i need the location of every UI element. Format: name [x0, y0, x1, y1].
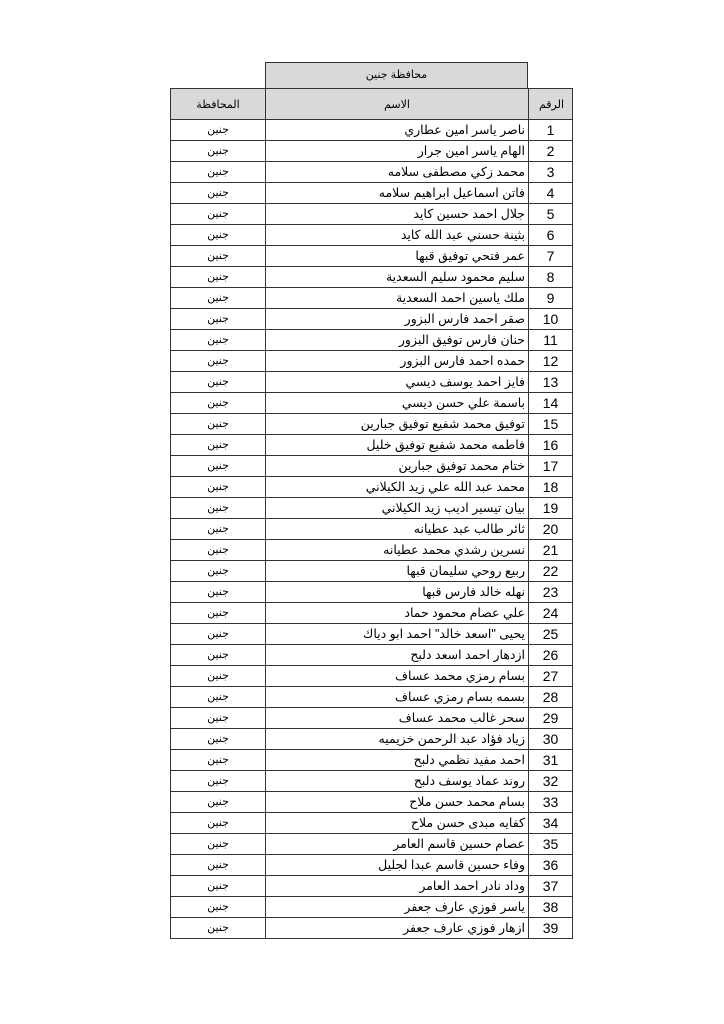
- name-cell: فايز احمد يوسف ديسي: [266, 372, 529, 393]
- table-row: جنينفايز احمد يوسف ديسي13: [171, 372, 573, 393]
- governorate-cell: جنين: [171, 792, 266, 813]
- table-row: جنينبسمه بسام رمزي عساف28: [171, 687, 573, 708]
- table-row: جنينثائر طالب عبد عطيانه20: [171, 519, 573, 540]
- name-cell: بثينة حسني عبد الله كايد: [266, 225, 529, 246]
- name-cell: بسام رمزي محمد عساف: [266, 666, 529, 687]
- governorate-cell: جنين: [171, 561, 266, 582]
- governorate-cell: جنين: [171, 288, 266, 309]
- name-cell: محمد زكي مصطفى سلامه: [266, 162, 529, 183]
- governorate-cell: جنين: [171, 183, 266, 204]
- number-cell: 4: [529, 183, 573, 204]
- governorate-cell: جنين: [171, 582, 266, 603]
- table-row: جنينبثينة حسني عبد الله كايد6: [171, 225, 573, 246]
- number-cell: 7: [529, 246, 573, 267]
- table-body: جنينناصر ياسر امين عطاري1جنينالهام ياسر …: [171, 120, 573, 939]
- name-cell: بيان تيسير اديب زيد الكيلاني: [266, 498, 529, 519]
- number-cell: 10: [529, 309, 573, 330]
- governorate-cell: جنين: [171, 477, 266, 498]
- number-cell: 28: [529, 687, 573, 708]
- number-cell: 26: [529, 645, 573, 666]
- table-row: جنينصقر احمد فارس البزور10: [171, 309, 573, 330]
- table-row: جنينياسر فوزي عارف جعفر38: [171, 897, 573, 918]
- roster-table: المحافظة الاسم الرقم جنينناصر ياسر امين …: [170, 88, 573, 939]
- governorate-cell: جنين: [171, 309, 266, 330]
- table-row: جنينبسام محمد حسن ملاح33: [171, 792, 573, 813]
- name-cell: ربيع روحي سليمان قبها: [266, 561, 529, 582]
- governorate-cell: جنين: [171, 540, 266, 561]
- governorate-cell: جنين: [171, 834, 266, 855]
- table-row: جنيننهله خالد فارس قبها23: [171, 582, 573, 603]
- name-cell: بسام محمد حسن ملاح: [266, 792, 529, 813]
- number-cell: 31: [529, 750, 573, 771]
- table-row: جنينعمر فتحي توفيق قبها7: [171, 246, 573, 267]
- number-cell: 12: [529, 351, 573, 372]
- governorate-cell: جنين: [171, 876, 266, 897]
- governorate-cell: جنين: [171, 225, 266, 246]
- governorate-cell: جنين: [171, 456, 266, 477]
- governorate-cell: جنين: [171, 246, 266, 267]
- name-cell: نسرين رشدي محمد عطيانه: [266, 540, 529, 561]
- number-cell: 17: [529, 456, 573, 477]
- column-header-number: الرقم: [529, 89, 573, 120]
- governorate-cell: جنين: [171, 120, 266, 141]
- governorate-cell: جنين: [171, 519, 266, 540]
- governorate-cell: جنين: [171, 624, 266, 645]
- name-cell: وداد نادر احمد العامر: [266, 876, 529, 897]
- number-cell: 36: [529, 855, 573, 876]
- governorate-cell: جنين: [171, 708, 266, 729]
- table-row: جنينبيان تيسير اديب زيد الكيلاني19: [171, 498, 573, 519]
- table-row: جنينازدهار احمد اسعد دلبح26: [171, 645, 573, 666]
- number-cell: 5: [529, 204, 573, 225]
- table-row: جنينوداد نادر احمد العامر37: [171, 876, 573, 897]
- governorate-cell: جنين: [171, 729, 266, 750]
- number-cell: 8: [529, 267, 573, 288]
- governorate-cell: جنين: [171, 162, 266, 183]
- table-row: جنينعلي عصام محمود حماد24: [171, 603, 573, 624]
- name-cell: ثائر طالب عبد عطيانه: [266, 519, 529, 540]
- number-cell: 30: [529, 729, 573, 750]
- name-cell: نهله خالد فارس قبها: [266, 582, 529, 603]
- number-cell: 6: [529, 225, 573, 246]
- governorate-cell: جنين: [171, 918, 266, 939]
- table-row: جنينربيع روحي سليمان قبها22: [171, 561, 573, 582]
- table-row: جنينفاتن اسماعيل ابراهيم سلامه4: [171, 183, 573, 204]
- number-cell: 2: [529, 141, 573, 162]
- table-row: جنيننسرين رشدي محمد عطيانه21: [171, 540, 573, 561]
- name-cell: ناصر ياسر امين عطاري: [266, 120, 529, 141]
- table-row: جنينملك ياسين احمد السعدية9: [171, 288, 573, 309]
- governorate-cell: جنين: [171, 414, 266, 435]
- number-cell: 1: [529, 120, 573, 141]
- number-cell: 25: [529, 624, 573, 645]
- number-cell: 35: [529, 834, 573, 855]
- number-cell: 33: [529, 792, 573, 813]
- name-cell: فاتن اسماعيل ابراهيم سلامه: [266, 183, 529, 204]
- governorate-cell: جنين: [171, 603, 266, 624]
- number-cell: 32: [529, 771, 573, 792]
- name-cell: احمد مفيد نظمي دلبح: [266, 750, 529, 771]
- name-cell: ختام محمد توفيق جبارين: [266, 456, 529, 477]
- name-cell: ياسر فوزي عارف جعفر: [266, 897, 529, 918]
- number-cell: 16: [529, 435, 573, 456]
- table-row: جنينناصر ياسر امين عطاري1: [171, 120, 573, 141]
- governorate-cell: جنين: [171, 435, 266, 456]
- number-cell: 13: [529, 372, 573, 393]
- name-cell: بسمه بسام رمزي عساف: [266, 687, 529, 708]
- table-row: جنينفاطمه محمد شفيع توفيق خليل16: [171, 435, 573, 456]
- governorate-cell: جنين: [171, 771, 266, 792]
- name-cell: حمده احمد فارس البزور: [266, 351, 529, 372]
- number-cell: 23: [529, 582, 573, 603]
- name-cell: حنان فارس توفيق البزور: [266, 330, 529, 351]
- name-cell: ازدهار احمد اسعد دلبح: [266, 645, 529, 666]
- name-cell: عصام حسين قاسم العامر: [266, 834, 529, 855]
- name-cell: روند عماد يوسف دلبح: [266, 771, 529, 792]
- table-row: جنينحنان فارس توفيق البزور11: [171, 330, 573, 351]
- table-row: جنينيحيى "اسعد خالد" احمد ابو دياك25: [171, 624, 573, 645]
- name-cell: سحر غالب محمد عساف: [266, 708, 529, 729]
- table-row: جنينعصام حسين قاسم العامر35: [171, 834, 573, 855]
- number-cell: 21: [529, 540, 573, 561]
- governorate-cell: جنين: [171, 267, 266, 288]
- number-cell: 27: [529, 666, 573, 687]
- governorate-cell: جنين: [171, 351, 266, 372]
- governorate-cell: جنين: [171, 141, 266, 162]
- governorate-cell: جنين: [171, 330, 266, 351]
- table-row: جنينسليم محمود سليم السعدية8: [171, 267, 573, 288]
- name-cell: وفاء حسين قاسم عبدا لجليل: [266, 855, 529, 876]
- number-cell: 38: [529, 897, 573, 918]
- governorate-cell: جنين: [171, 666, 266, 687]
- title-row: محافظة جنين: [170, 62, 572, 88]
- governorate-cell: جنين: [171, 897, 266, 918]
- number-cell: 39: [529, 918, 573, 939]
- table-row: جنينالهام ياسر امين جرار2: [171, 141, 573, 162]
- name-cell: زياد فؤاد عبد الرحمن خزيميه: [266, 729, 529, 750]
- number-cell: 3: [529, 162, 573, 183]
- column-header-name: الاسم: [266, 89, 529, 120]
- number-cell: 14: [529, 393, 573, 414]
- governorate-cell: جنين: [171, 204, 266, 225]
- name-cell: الهام ياسر امين جرار: [266, 141, 529, 162]
- header-row: المحافظة الاسم الرقم: [171, 89, 573, 120]
- name-cell: ملك ياسين احمد السعدية: [266, 288, 529, 309]
- governorate-cell: جنين: [171, 372, 266, 393]
- governorate-cell: جنين: [171, 645, 266, 666]
- name-cell: كفايه مبدى حسن ملاح: [266, 813, 529, 834]
- document-title: محافظة جنين: [265, 62, 528, 88]
- governorate-cell: جنين: [171, 687, 266, 708]
- table-row: جنينمحمد زكي مصطفى سلامه3: [171, 162, 573, 183]
- number-cell: 22: [529, 561, 573, 582]
- governorate-cell: جنين: [171, 750, 266, 771]
- table-row: جنينمحمد عبد الله علي زيد الكيلاني18: [171, 477, 573, 498]
- table-row: جنينختام محمد توفيق جبارين17: [171, 456, 573, 477]
- name-cell: سليم محمود سليم السعدية: [266, 267, 529, 288]
- table-row: جنينباسمة علي حسن ديسي14: [171, 393, 573, 414]
- number-cell: 9: [529, 288, 573, 309]
- number-cell: 37: [529, 876, 573, 897]
- table-row: جنينكفايه مبدى حسن ملاح34: [171, 813, 573, 834]
- number-cell: 11: [529, 330, 573, 351]
- table-row: جنينازهار فوزي عارف جعفر39: [171, 918, 573, 939]
- governorate-cell: جنين: [171, 393, 266, 414]
- name-cell: باسمة علي حسن ديسي: [266, 393, 529, 414]
- name-cell: توفيق محمد شفيع توفيق جبارين: [266, 414, 529, 435]
- table-row: جنينسحر غالب محمد عساف29: [171, 708, 573, 729]
- name-cell: يحيى "اسعد خالد" احمد ابو دياك: [266, 624, 529, 645]
- name-cell: محمد عبد الله علي زيد الكيلاني: [266, 477, 529, 498]
- name-cell: عمر فتحي توفيق قبها: [266, 246, 529, 267]
- table-row: جنينحمده احمد فارس البزور12: [171, 351, 573, 372]
- number-cell: 20: [529, 519, 573, 540]
- name-cell: فاطمه محمد شفيع توفيق خليل: [266, 435, 529, 456]
- name-cell: علي عصام محمود حماد: [266, 603, 529, 624]
- table-row: جنيناحمد مفيد نظمي دلبح31: [171, 750, 573, 771]
- governorate-cell: جنين: [171, 813, 266, 834]
- table-row: جنينروند عماد يوسف دلبح32: [171, 771, 573, 792]
- name-cell: جلال احمد حسين كايد: [266, 204, 529, 225]
- number-cell: 24: [529, 603, 573, 624]
- number-cell: 34: [529, 813, 573, 834]
- number-cell: 29: [529, 708, 573, 729]
- governorate-cell: جنين: [171, 855, 266, 876]
- governorate-cell: جنين: [171, 498, 266, 519]
- number-cell: 15: [529, 414, 573, 435]
- name-cell: ازهار فوزي عارف جعفر: [266, 918, 529, 939]
- name-cell: صقر احمد فارس البزور: [266, 309, 529, 330]
- roster-sheet: محافظة جنين المحافظة الاسم الرقم جنينناص…: [170, 62, 572, 939]
- number-cell: 18: [529, 477, 573, 498]
- table-row: جنينبسام رمزي محمد عساف27: [171, 666, 573, 687]
- column-header-governorate: المحافظة: [171, 89, 266, 120]
- number-cell: 19: [529, 498, 573, 519]
- table-row: جنينزياد فؤاد عبد الرحمن خزيميه30: [171, 729, 573, 750]
- table-row: جنينجلال احمد حسين كايد5: [171, 204, 573, 225]
- table-row: جنينتوفيق محمد شفيع توفيق جبارين15: [171, 414, 573, 435]
- table-row: جنينوفاء حسين قاسم عبدا لجليل36: [171, 855, 573, 876]
